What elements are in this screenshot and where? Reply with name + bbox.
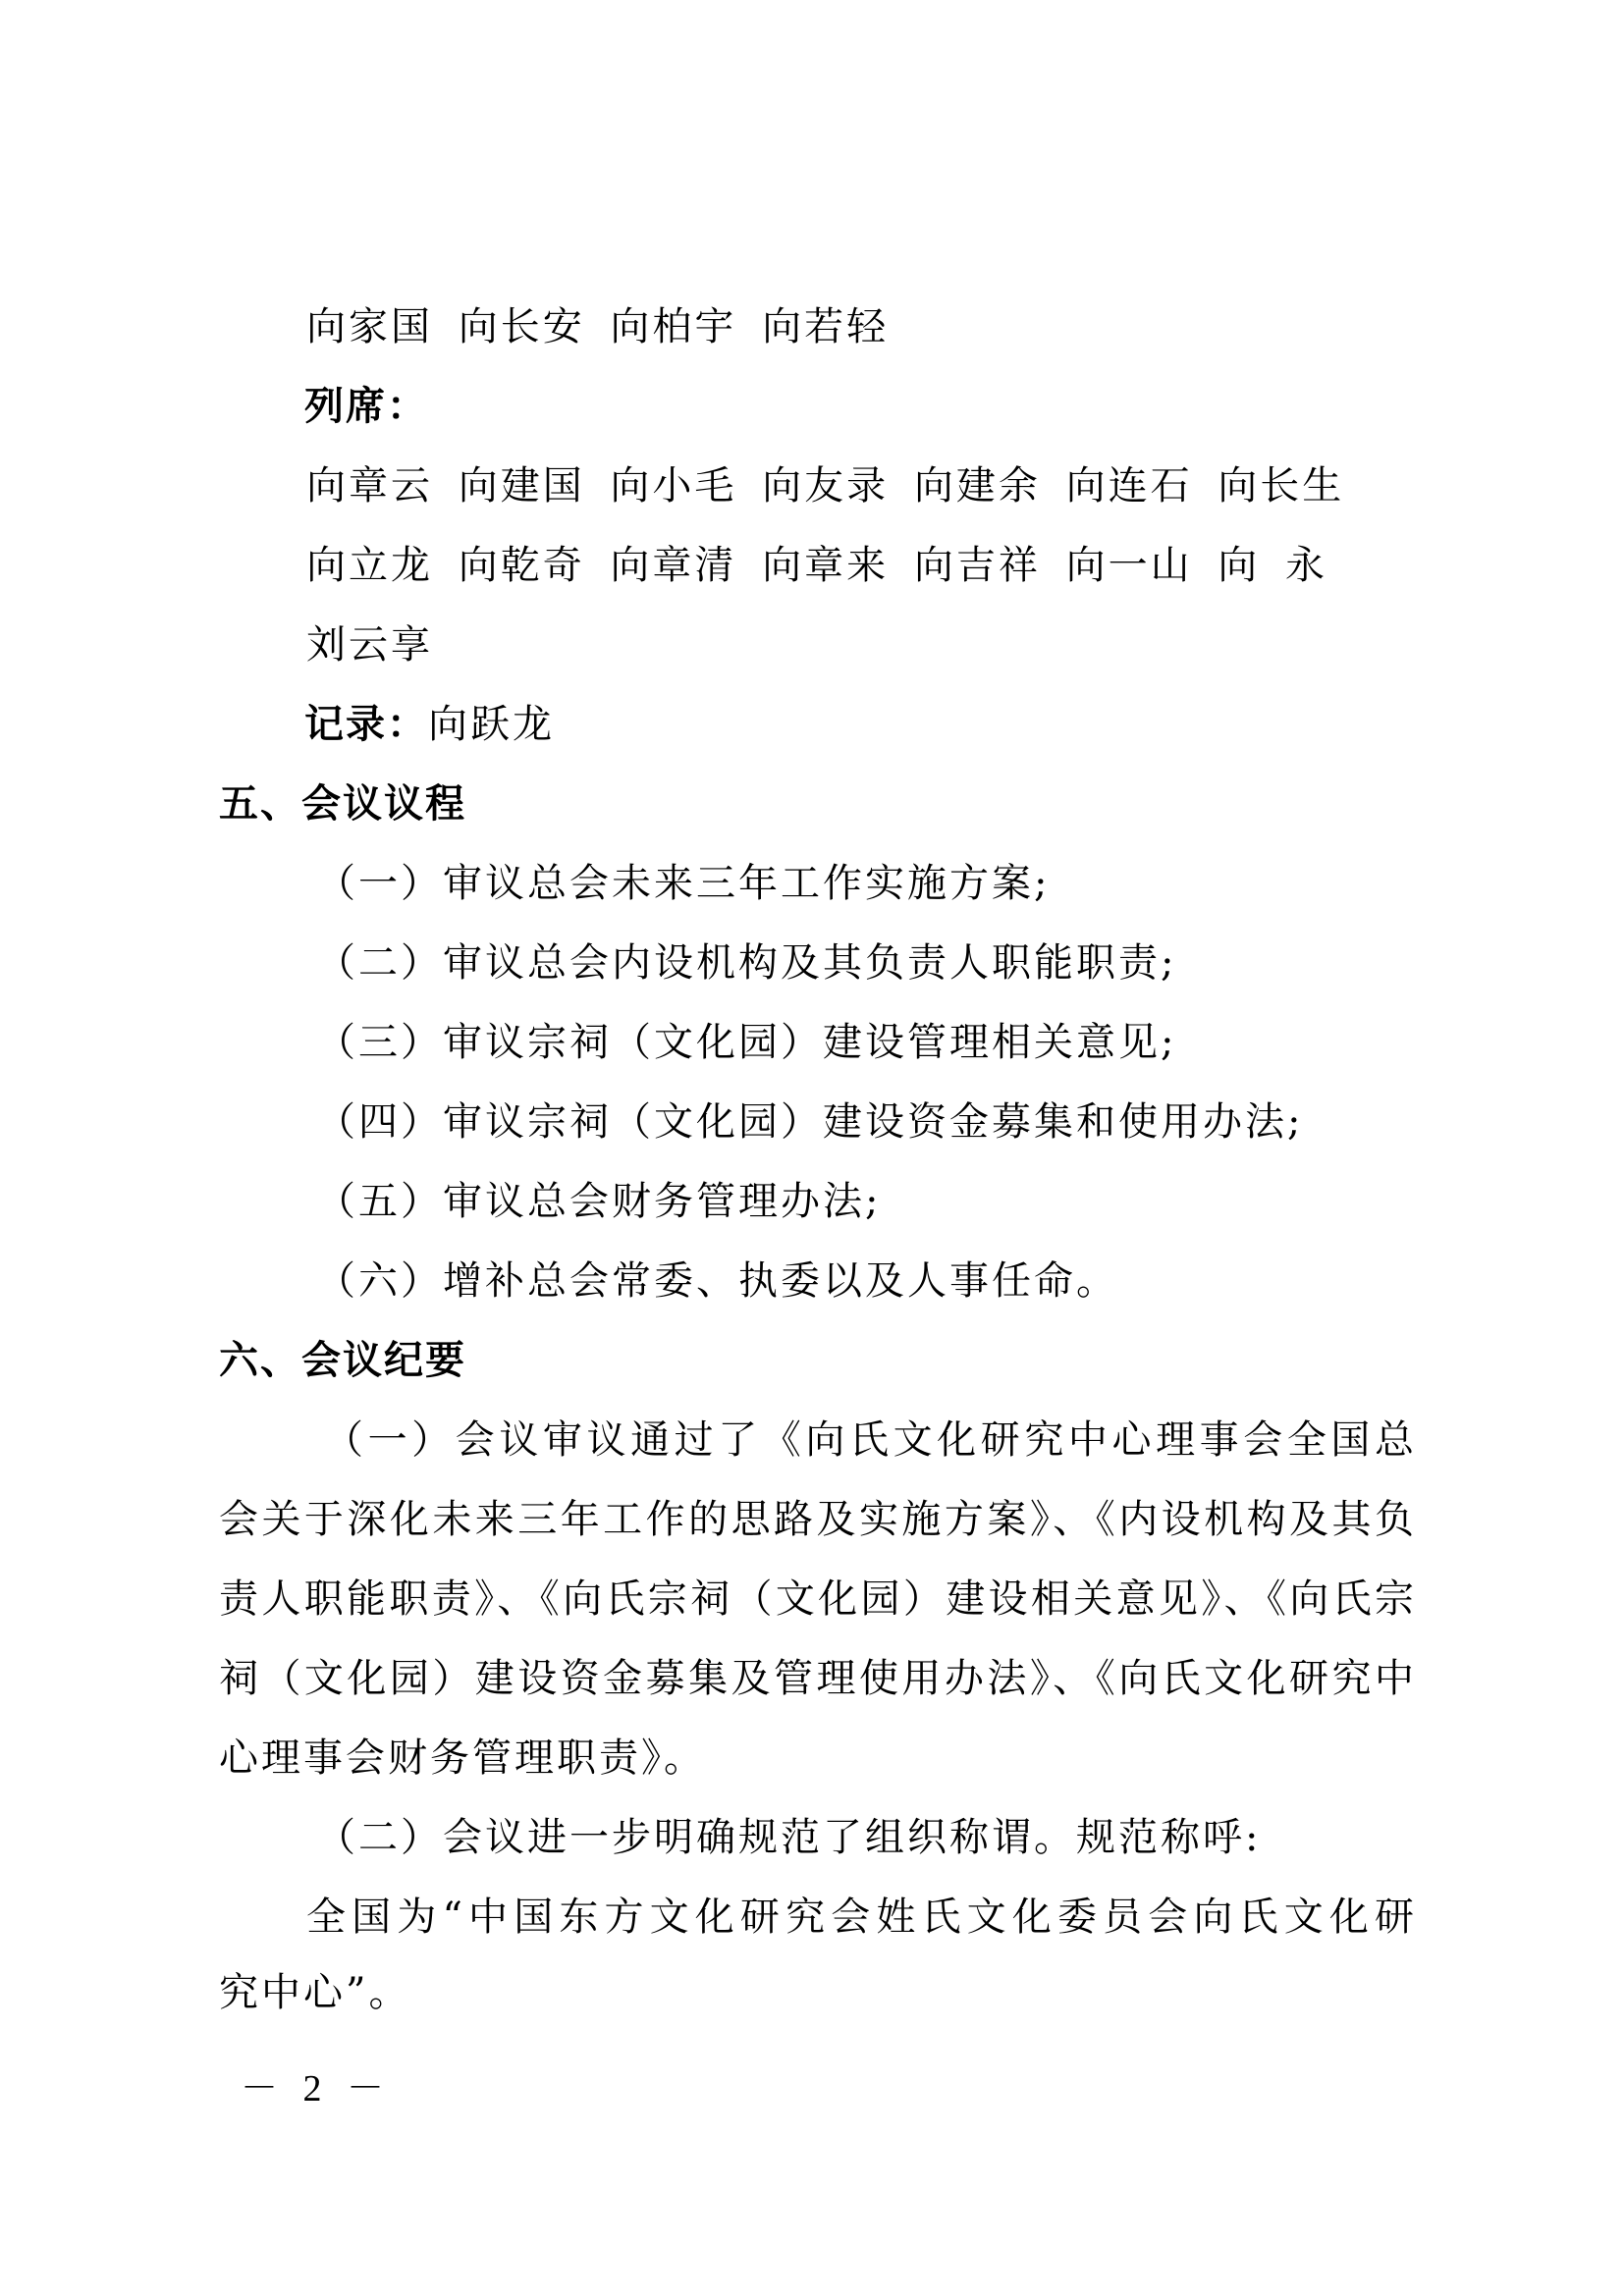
minutes-para-2: （二）会议进一步明确规范了组织称谓。规范称呼: (316, 1808, 1261, 1867)
recorder-label: 记录： (304, 702, 428, 747)
section-5-heading: 五、会议议程 (219, 774, 466, 833)
observers-line-3: 刘云享 (306, 615, 433, 674)
attendees-continued: 向家国 向长安 向柏宇 向若轻 (306, 297, 889, 356)
minutes-para-1-line-2: 会关于深化未来三年工作的思路及实施方案》、《内设机构及其负 (219, 1490, 1417, 1549)
agenda-item-2: （二）审议总会内设机构及其负责人职能职责; (316, 934, 1176, 992)
section-6-heading: 六、会议纪要 (219, 1331, 466, 1390)
page-number: － 2 － (241, 2059, 392, 2118)
recorder-line: 记录：向跃龙 (304, 695, 555, 754)
minutes-para-1-line-1: （一）会议审议通过了《向氏文化研究中心理事会全国总 (324, 1411, 1417, 1469)
minutes-para-1-line-5: 心理事会财务管理职责》。 (219, 1729, 706, 1788)
minutes-para-3-line-2: 究中心”。 (219, 1963, 410, 2022)
agenda-item-3: （三）审议宗祠（文化园）建设管理相关意见; (316, 1013, 1176, 1072)
minutes-para-1-line-3: 责人职能职责》、《向氏宗祠（文化园）建设相关意见》、《向氏宗 (219, 1570, 1417, 1629)
observers-line-1: 向章云 向建国 向小毛 向友录 向建余 向连石 向长生 (306, 456, 1344, 515)
agenda-item-1: （一）审议总会未来三年工作实施方案; (316, 854, 1050, 913)
minutes-para-1-line-4: 祠（文化园）建设资金募集及管理使用办法》、《向氏文化研究中 (219, 1649, 1417, 1708)
recorder-name: 向跃龙 (428, 702, 555, 747)
minutes-para-3-line-1: 全国为“中国东方文化研究会姓氏文化委员会向氏文化研 (306, 1888, 1417, 1947)
agenda-item-5: （五）审议总会财务管理办法; (316, 1172, 881, 1231)
document-page: 向家国 向长安 向柏宇 向若轻 列席： 向章云 向建国 向小毛 向友录 向建余 … (0, 0, 1624, 2296)
agenda-item-6: （六）增补总会常委、执委以及人事任命。 (316, 1252, 1118, 1310)
observers-label: 列席： (304, 377, 428, 436)
observers-line-2: 向立龙 向乾奇 向章清 向章来 向吉祥 向一山 向 永 (306, 536, 1327, 595)
agenda-item-4: （四）审议宗祠（文化园）建设资金募集和使用办法; (316, 1093, 1303, 1151)
